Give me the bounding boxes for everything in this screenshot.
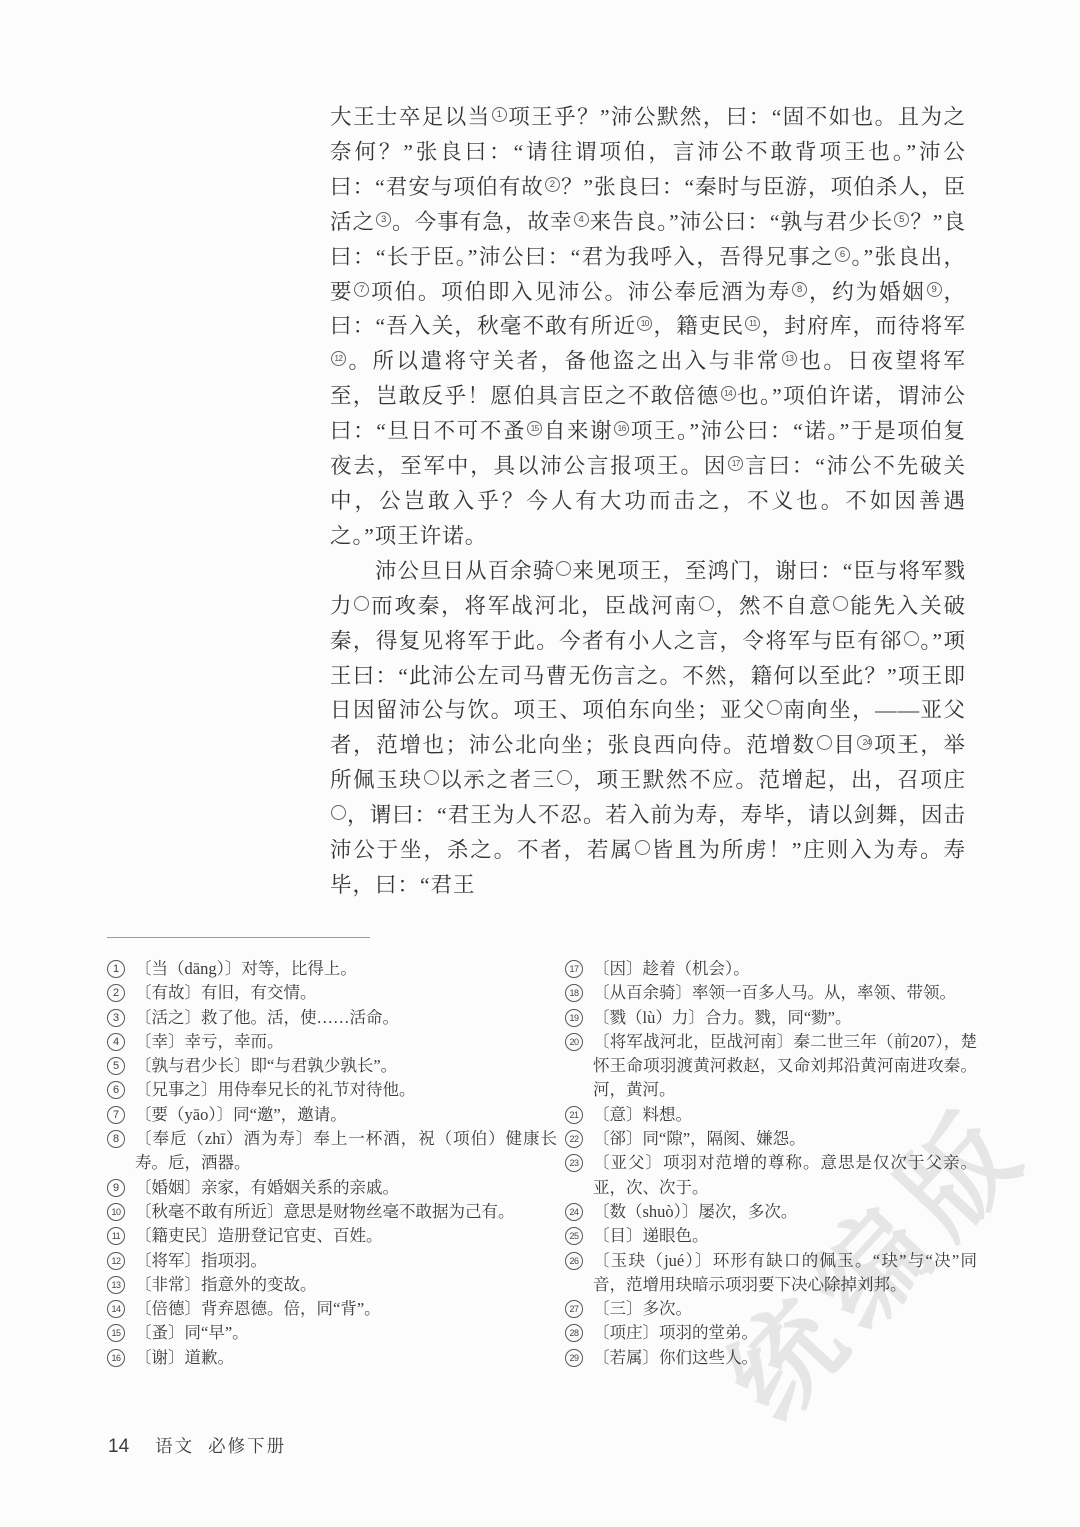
footnote-marker: 15 (107, 1324, 125, 1342)
footnote-ref-21: 21 (833, 596, 848, 611)
page-number: 14 (108, 1436, 129, 1458)
footnote-item-16: 16〔谢〕道歉。 (107, 1346, 557, 1370)
footnote-text: 〔三〕多次。 (593, 1299, 692, 1318)
footnote-ref-1: 1 (492, 107, 507, 122)
footnote-ref-26: 26 (424, 770, 439, 785)
footnote-marker: 1 (107, 960, 125, 978)
footnote-text: 〔意〕料想。 (593, 1105, 692, 1124)
footnote-marker: 28 (565, 1324, 583, 1342)
text-paragraph: 沛公旦日从百余骑18来见项王，至鸿门，谢曰：“臣与将军戮力19而攻秦，将军战河北… (330, 554, 966, 903)
footnote-marker: 23 (565, 1154, 583, 1172)
footnote-marker: 3 (107, 1009, 125, 1027)
footnote-item-23: 23〔亚父〕项羽对范增的尊称。意思是仅次于父亲。亚，次、次于。 (565, 1151, 977, 1200)
footnote-item-21: 21〔意〕料想。 (565, 1103, 977, 1127)
footnote-ref-25: 25 (857, 735, 872, 750)
footnote-ref-29: 29 (635, 840, 650, 855)
footnote-marker: 29 (565, 1349, 583, 1367)
footnote-marker: 17 (565, 960, 583, 978)
footnote-marker: 12 (107, 1252, 125, 1270)
footnote-item-8: 8〔奉卮（zhī）酒为寿〕奉上一杯酒，祝（项伯）健康长寿。卮，酒器。 (107, 1127, 557, 1176)
footnote-text: 〔活之〕救了他。活，使……活命。 (135, 1008, 399, 1027)
footnote-marker: 19 (565, 1009, 583, 1027)
footnote-item-6: 6〔兄事之〕用侍奉兄长的礼节对待他。 (107, 1078, 557, 1102)
footnote-marker: 21 (565, 1106, 583, 1124)
footnote-ref-22: 22 (904, 631, 919, 646)
footnote-text: 〔幸〕幸亏，幸而。 (135, 1032, 284, 1051)
footnote-marker: 14 (107, 1300, 125, 1318)
footnote-item-9: 9〔婚姻〕亲家，有婚姻关系的亲戚。 (107, 1176, 557, 1200)
footnote-text: 〔将军战河北，臣战河南〕秦二世三年（前207），楚怀王命项羽渡黄河救赵，又命刘邦… (593, 1032, 977, 1100)
footnote-text: 〔当（dāng）〕对等，比得上。 (135, 959, 357, 978)
footnote-item-24: 24〔数（shuò）〕屡次，多次。 (565, 1200, 977, 1224)
footnote-ref-9: 9 (927, 282, 942, 297)
footnote-ref-15: 15 (527, 421, 542, 436)
footnote-ref-20: 20 (699, 596, 714, 611)
footnote-item-27: 27〔三〕多次。 (565, 1297, 977, 1321)
footnote-item-19: 19〔戮（lù）力〕合力。戮，同“勠”。 (565, 1006, 977, 1030)
footnote-text: 〔婚姻〕亲家，有婚姻关系的亲戚。 (135, 1178, 399, 1197)
footnote-text: 〔将军〕指项羽。 (135, 1251, 267, 1270)
footnote-item-25: 25〔目〕递眼色。 (565, 1224, 977, 1248)
footnote-ref-3: 3 (376, 212, 391, 227)
footnotes-right-column: 17〔因〕趁着（机会）。18〔从百余骑〕率领一百多人马。从，率领、带领。19〔戮… (565, 957, 977, 1370)
footnote-item-2: 2〔有故〕有旧，有交情。 (107, 981, 557, 1005)
footnote-ref-27: 27 (557, 770, 572, 785)
footnote-marker: 5 (107, 1057, 125, 1075)
footnote-text: 〔孰与君少长〕即“与君孰少孰长”。 (135, 1056, 397, 1075)
footnote-ref-11: 11 (745, 316, 760, 331)
footnote-marker: 8 (107, 1130, 125, 1148)
footnotes-left-column: 1〔当（dāng）〕对等，比得上。2〔有故〕有旧，有交情。3〔活之〕救了他。活，… (107, 957, 557, 1370)
text-paragraph: 大王士卒足以当1项王乎？”沛公默然，曰：“固不如也。且为之奈何？”张良曰：“请往… (330, 100, 966, 554)
footnote-ref-28: 28 (331, 805, 346, 820)
page-footer: 14 语文 必修下册 (108, 1433, 286, 1458)
footnote-item-5: 5〔孰与君少长〕即“与君孰少孰长”。 (107, 1054, 557, 1078)
footnote-marker: 11 (107, 1227, 125, 1245)
footnote-text: 〔非常〕指意外的变故。 (135, 1275, 317, 1294)
footnote-text: 〔倍德〕背弃恩德。倍，同“背”。 (135, 1299, 381, 1318)
footnote-text: 〔若属〕你们这些人。 (593, 1348, 758, 1367)
footnote-text: 〔戮（lù）力〕合力。戮，同“勠”。 (593, 1008, 851, 1027)
footnote-ref-16: 16 (614, 421, 629, 436)
footnote-ref-24: 24 (817, 735, 832, 750)
footnote-text: 〔蚤〕同“早”。 (135, 1323, 249, 1342)
footnote-item-17: 17〔因〕趁着（机会）。 (565, 957, 977, 981)
footnote-ref-8: 8 (792, 282, 807, 297)
footnotes-divider (107, 937, 370, 938)
footnote-item-3: 3〔活之〕救了他。活，使……活命。 (107, 1006, 557, 1030)
footnote-ref-10: 10 (637, 316, 652, 331)
footnote-item-10: 10〔秋毫不敢有所近〕意思是财物丝毫不敢据为己有。 (107, 1200, 557, 1224)
textbook-page: 统编版 大王士卒足以当1项王乎？”沛公默然，曰：“固不如也。且为之奈何？”张良曰… (0, 0, 1080, 1527)
footnote-text: 〔目〕递眼色。 (593, 1226, 709, 1245)
footnote-marker: 26 (565, 1252, 583, 1270)
footnote-item-12: 12〔将军〕指项羽。 (107, 1249, 557, 1273)
footnote-marker: 9 (107, 1179, 125, 1197)
footnote-ref-4: 4 (574, 212, 589, 227)
footnote-item-20: 20〔将军战河北，臣战河南〕秦二世三年（前207），楚怀王命项羽渡黄河救赵，又命… (565, 1030, 977, 1103)
footnote-ref-12: 12 (331, 351, 346, 366)
footnote-item-15: 15〔蚤〕同“早”。 (107, 1321, 557, 1345)
footer-subject: 语文 (155, 1433, 194, 1458)
footnote-marker: 13 (107, 1276, 125, 1294)
footnote-ref-19: 19 (354, 596, 369, 611)
footnote-text: 〔要（yāo）〕同“邀”，邀请。 (135, 1105, 347, 1124)
footnote-ref-2: 2 (545, 177, 560, 192)
footnote-item-7: 7〔要（yāo）〕同“邀”，邀请。 (107, 1103, 557, 1127)
footnote-text: 〔籍吏民〕造册登记官吏、百姓。 (135, 1226, 383, 1245)
footnote-text: 〔玉玦（jué）〕环形有缺口的佩玉。“玦”与“决”同音，范增用玦暗示项羽要下决心… (593, 1251, 977, 1294)
body-text: 大王士卒足以当1项王乎？”沛公默然，曰：“固不如也。且为之奈何？”张良曰：“请往… (330, 100, 966, 903)
footnote-item-4: 4〔幸〕幸亏，幸而。 (107, 1030, 557, 1054)
footnote-item-13: 13〔非常〕指意外的变故。 (107, 1273, 557, 1297)
footnote-text: 〔郤〕同“隙”，隔阂、嫌怨。 (593, 1129, 806, 1148)
footnote-text: 〔谢〕道歉。 (135, 1348, 234, 1367)
footnote-ref-6: 6 (835, 247, 850, 262)
footnote-item-11: 11〔籍吏民〕造册登记官吏、百姓。 (107, 1224, 557, 1248)
footnote-ref-5: 5 (894, 212, 909, 227)
footnote-ref-23: 23 (767, 700, 782, 715)
footnote-item-29: 29〔若属〕你们这些人。 (565, 1346, 977, 1370)
footnote-text: 〔亚父〕项羽对范增的尊称。意思是仅次于父亲。亚，次、次于。 (593, 1153, 977, 1196)
footnote-marker: 6 (107, 1081, 125, 1099)
footnote-ref-7: 7 (354, 282, 369, 297)
footnote-marker: 22 (565, 1130, 583, 1148)
footnote-marker: 7 (107, 1106, 125, 1124)
footnote-marker: 25 (565, 1227, 583, 1245)
footnote-ref-18: 18 (556, 561, 571, 576)
footer-volume: 必修下册 (208, 1433, 286, 1458)
footnote-marker: 4 (107, 1033, 125, 1051)
footnote-text: 〔奉卮（zhī）酒为寿〕奉上一杯酒，祝（项伯）健康长寿。卮，酒器。 (135, 1129, 557, 1172)
footnote-marker: 18 (565, 984, 583, 1002)
footnote-item-18: 18〔从百余骑〕率领一百多人马。从，率领、带领。 (565, 981, 977, 1005)
footnote-text: 〔项庄〕项羽的堂弟。 (593, 1323, 758, 1342)
footnote-marker: 24 (565, 1203, 583, 1221)
footnote-item-14: 14〔倍德〕背弃恩德。倍，同“背”。 (107, 1297, 557, 1321)
footnote-item-28: 28〔项庄〕项羽的堂弟。 (565, 1321, 977, 1345)
footnote-ref-13: 13 (782, 351, 797, 366)
footnote-item-22: 22〔郤〕同“隙”，隔阂、嫌怨。 (565, 1127, 977, 1151)
footnote-marker: 10 (107, 1203, 125, 1221)
footnote-text: 〔兄事之〕用侍奉兄长的礼节对待他。 (135, 1080, 416, 1099)
footnote-text: 〔因〕趁着（机会）。 (593, 959, 750, 978)
footnote-ref-17: 17 (728, 456, 743, 471)
footnote-text: 〔秋毫不敢有所近〕意思是财物丝毫不敢据为己有。 (135, 1202, 515, 1221)
footnote-ref-14: 14 (721, 386, 736, 401)
footnote-marker: 20 (565, 1033, 583, 1051)
footnote-marker: 16 (107, 1349, 125, 1367)
footnote-marker: 2 (107, 984, 125, 1002)
footnote-text: 〔有故〕有旧，有交情。 (135, 983, 317, 1002)
footnote-text: 〔数（shuò）〕屡次，多次。 (593, 1202, 797, 1221)
footnote-item-26: 26〔玉玦（jué）〕环形有缺口的佩玉。“玦”与“决”同音，范增用玦暗示项羽要下… (565, 1249, 977, 1298)
footnote-item-1: 1〔当（dāng）〕对等，比得上。 (107, 957, 557, 981)
footnote-marker: 27 (565, 1300, 583, 1318)
footnote-text: 〔从百余骑〕率领一百多人马。从，率领、带领。 (593, 983, 956, 1002)
